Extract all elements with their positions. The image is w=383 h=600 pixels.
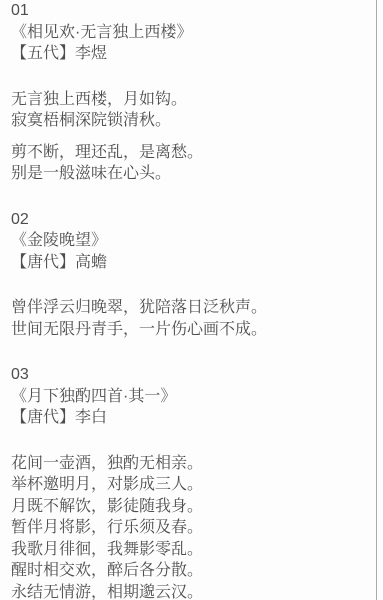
poem-stanza: 花间一壶酒，独酌无相亲。举杯邀明月，对影成三人。月既不解饮，影徒随我身。暂伴月将… — [11, 453, 367, 600]
poem-section: 02《金陵晚望》【唐代】高蟾曾伴浮云归晚翠，犹陪落日泛秋声。世间无限丹青手，一片… — [11, 209, 367, 341]
poem-line: 举杯邀明月，对影成三人。 — [11, 474, 367, 496]
poem-list: 01《相见欢·无言独上西楼》【五代】李煜无言独上西楼，月如钩。寂寞梧桐深院锁清秋… — [0, 0, 383, 600]
poem-stanza: 无言独上西楼，月如钩。寂寞梧桐深院锁清秋。 — [11, 89, 367, 132]
poem-line: 永结无情游，相期邈云汉。 — [11, 582, 367, 600]
poem-line: 无言独上西楼，月如钩。 — [11, 89, 367, 111]
poem-line: 别是一般滋味在心头。 — [11, 163, 367, 185]
poem-line: 寂寞梧桐深院锁清秋。 — [11, 110, 367, 132]
poem-line: 月既不解饮，影徒随我身。 — [11, 496, 367, 518]
poem-line: 花间一壶酒，独酌无相亲。 — [11, 453, 367, 475]
poem-number: 02 — [11, 209, 367, 231]
poem-line: 我歌月徘徊，我舞影零乱。 — [11, 539, 367, 561]
document-page: 01《相见欢·无言独上西楼》【五代】李煜无言独上西楼，月如钩。寂寞梧桐深院锁清秋… — [0, 0, 383, 600]
poem-title: 《相见欢·无言独上西楼》 — [11, 22, 367, 44]
poem-author: 【五代】李煜 — [11, 43, 367, 65]
poem-section: 01《相见欢·无言独上西楼》【五代】李煜无言独上西楼，月如钩。寂寞梧桐深院锁清秋… — [11, 0, 367, 185]
poem-stanza: 剪不断，理还乱，是离愁。别是一般滋味在心头。 — [11, 142, 367, 185]
poem-title: 《月下独酌四首·其一》 — [11, 386, 367, 408]
poem-number: 03 — [11, 364, 367, 386]
poem-line: 剪不断，理还乱，是离愁。 — [11, 142, 367, 164]
poem-title: 《金陵晚望》 — [11, 230, 367, 252]
poem-author: 【唐代】李白 — [11, 407, 367, 429]
poem-line: 醒时相交欢，醉后各分散。 — [11, 560, 367, 582]
poem-line: 世间无限丹青手，一片伤心画不成。 — [11, 319, 367, 341]
poem-section: 03《月下独酌四首·其一》【唐代】李白花间一壶酒，独酌无相亲。举杯邀明月，对影成… — [11, 364, 367, 600]
page-right-border — [376, 0, 377, 600]
poem-stanza: 曾伴浮云归晚翠，犹陪落日泛秋声。世间无限丹青手，一片伤心画不成。 — [11, 297, 367, 340]
poem-number: 01 — [11, 0, 367, 22]
poem-line: 曾伴浮云归晚翠，犹陪落日泛秋声。 — [11, 297, 367, 319]
poem-line: 暂伴月将影，行乐须及春。 — [11, 517, 367, 539]
poem-author: 【唐代】高蟾 — [11, 252, 367, 274]
